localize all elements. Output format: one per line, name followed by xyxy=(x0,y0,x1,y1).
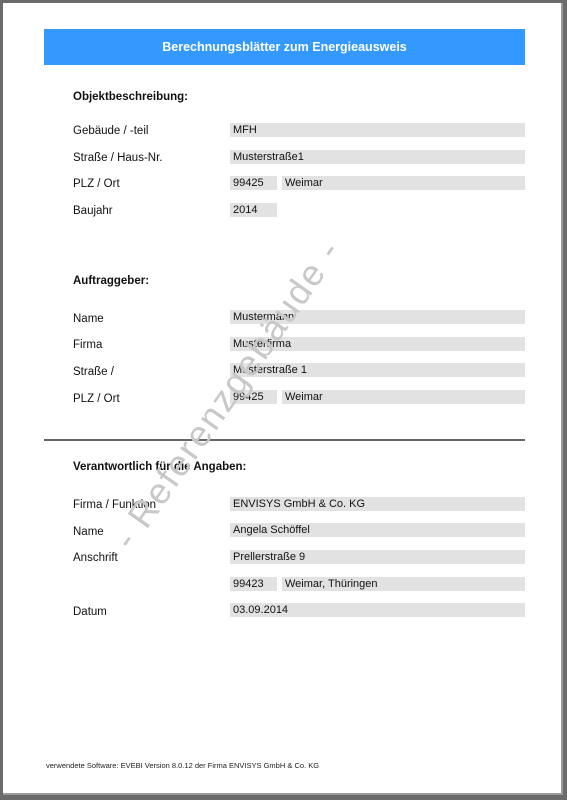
ort-field[interactable]: Weimar xyxy=(282,176,525,190)
strasse-field[interactable]: Musterstraße1 xyxy=(230,150,525,164)
ag-firma-label: Firma xyxy=(73,339,102,351)
gebaeude-label: Gebäude / -teil xyxy=(73,125,148,137)
ag-name-label: Name xyxy=(73,313,104,325)
gebaeude-field[interactable]: MFH xyxy=(230,123,525,137)
baujahr-label: Baujahr xyxy=(73,205,113,217)
datum-label: Datum xyxy=(73,606,107,618)
ag-name-field[interactable]: Mustermann xyxy=(230,310,525,324)
vr-anschrift-label: Anschrift xyxy=(73,552,118,564)
vr-firma-label: Firma / Funktion xyxy=(73,499,156,511)
document-page: Berechnungsblätter zum Energieausweis Ob… xyxy=(3,3,563,795)
vr-name-field[interactable]: Angela Schöffel xyxy=(230,523,525,537)
ag-ort-field[interactable]: Weimar xyxy=(282,390,525,404)
vr-ort-field[interactable]: Weimar, Thüringen xyxy=(282,577,525,591)
ag-strasse-label: Straße / xyxy=(73,366,114,378)
section-divider xyxy=(44,439,525,441)
ag-plz-field[interactable]: 99425 xyxy=(230,390,277,404)
ag-plz-ort-label: PLZ / Ort xyxy=(73,393,120,405)
objekt-heading: Objektbeschreibung: xyxy=(73,91,188,103)
vr-name-label: Name xyxy=(73,526,104,538)
datum-field[interactable]: 03.09.2014 xyxy=(230,603,525,617)
document-title: Berechnungsblätter zum Energieausweis xyxy=(44,29,525,65)
plz-field[interactable]: 99425 xyxy=(230,176,277,190)
ag-strasse-field[interactable]: Musterstraße 1 xyxy=(230,363,525,377)
verantwortlich-heading: Verantwortlich für die Angaben: xyxy=(73,461,246,473)
baujahr-field[interactable]: 2014 xyxy=(230,203,277,217)
ag-firma-field[interactable]: Musterfirma xyxy=(230,337,525,351)
vr-anschrift-field[interactable]: Prellerstraße 9 xyxy=(230,550,525,564)
plz-ort-label: PLZ / Ort xyxy=(73,178,120,190)
vr-plz-field[interactable]: 99423 xyxy=(230,577,277,591)
vr-firma-field[interactable]: ENVISYS GmbH & Co. KG xyxy=(230,497,525,511)
auftraggeber-heading: Auftraggeber: xyxy=(73,275,149,287)
footer-software-note: verwendete Software: EVEBI Version 8.0.1… xyxy=(46,761,319,770)
strasse-label: Straße / Haus-Nr. xyxy=(73,152,162,164)
